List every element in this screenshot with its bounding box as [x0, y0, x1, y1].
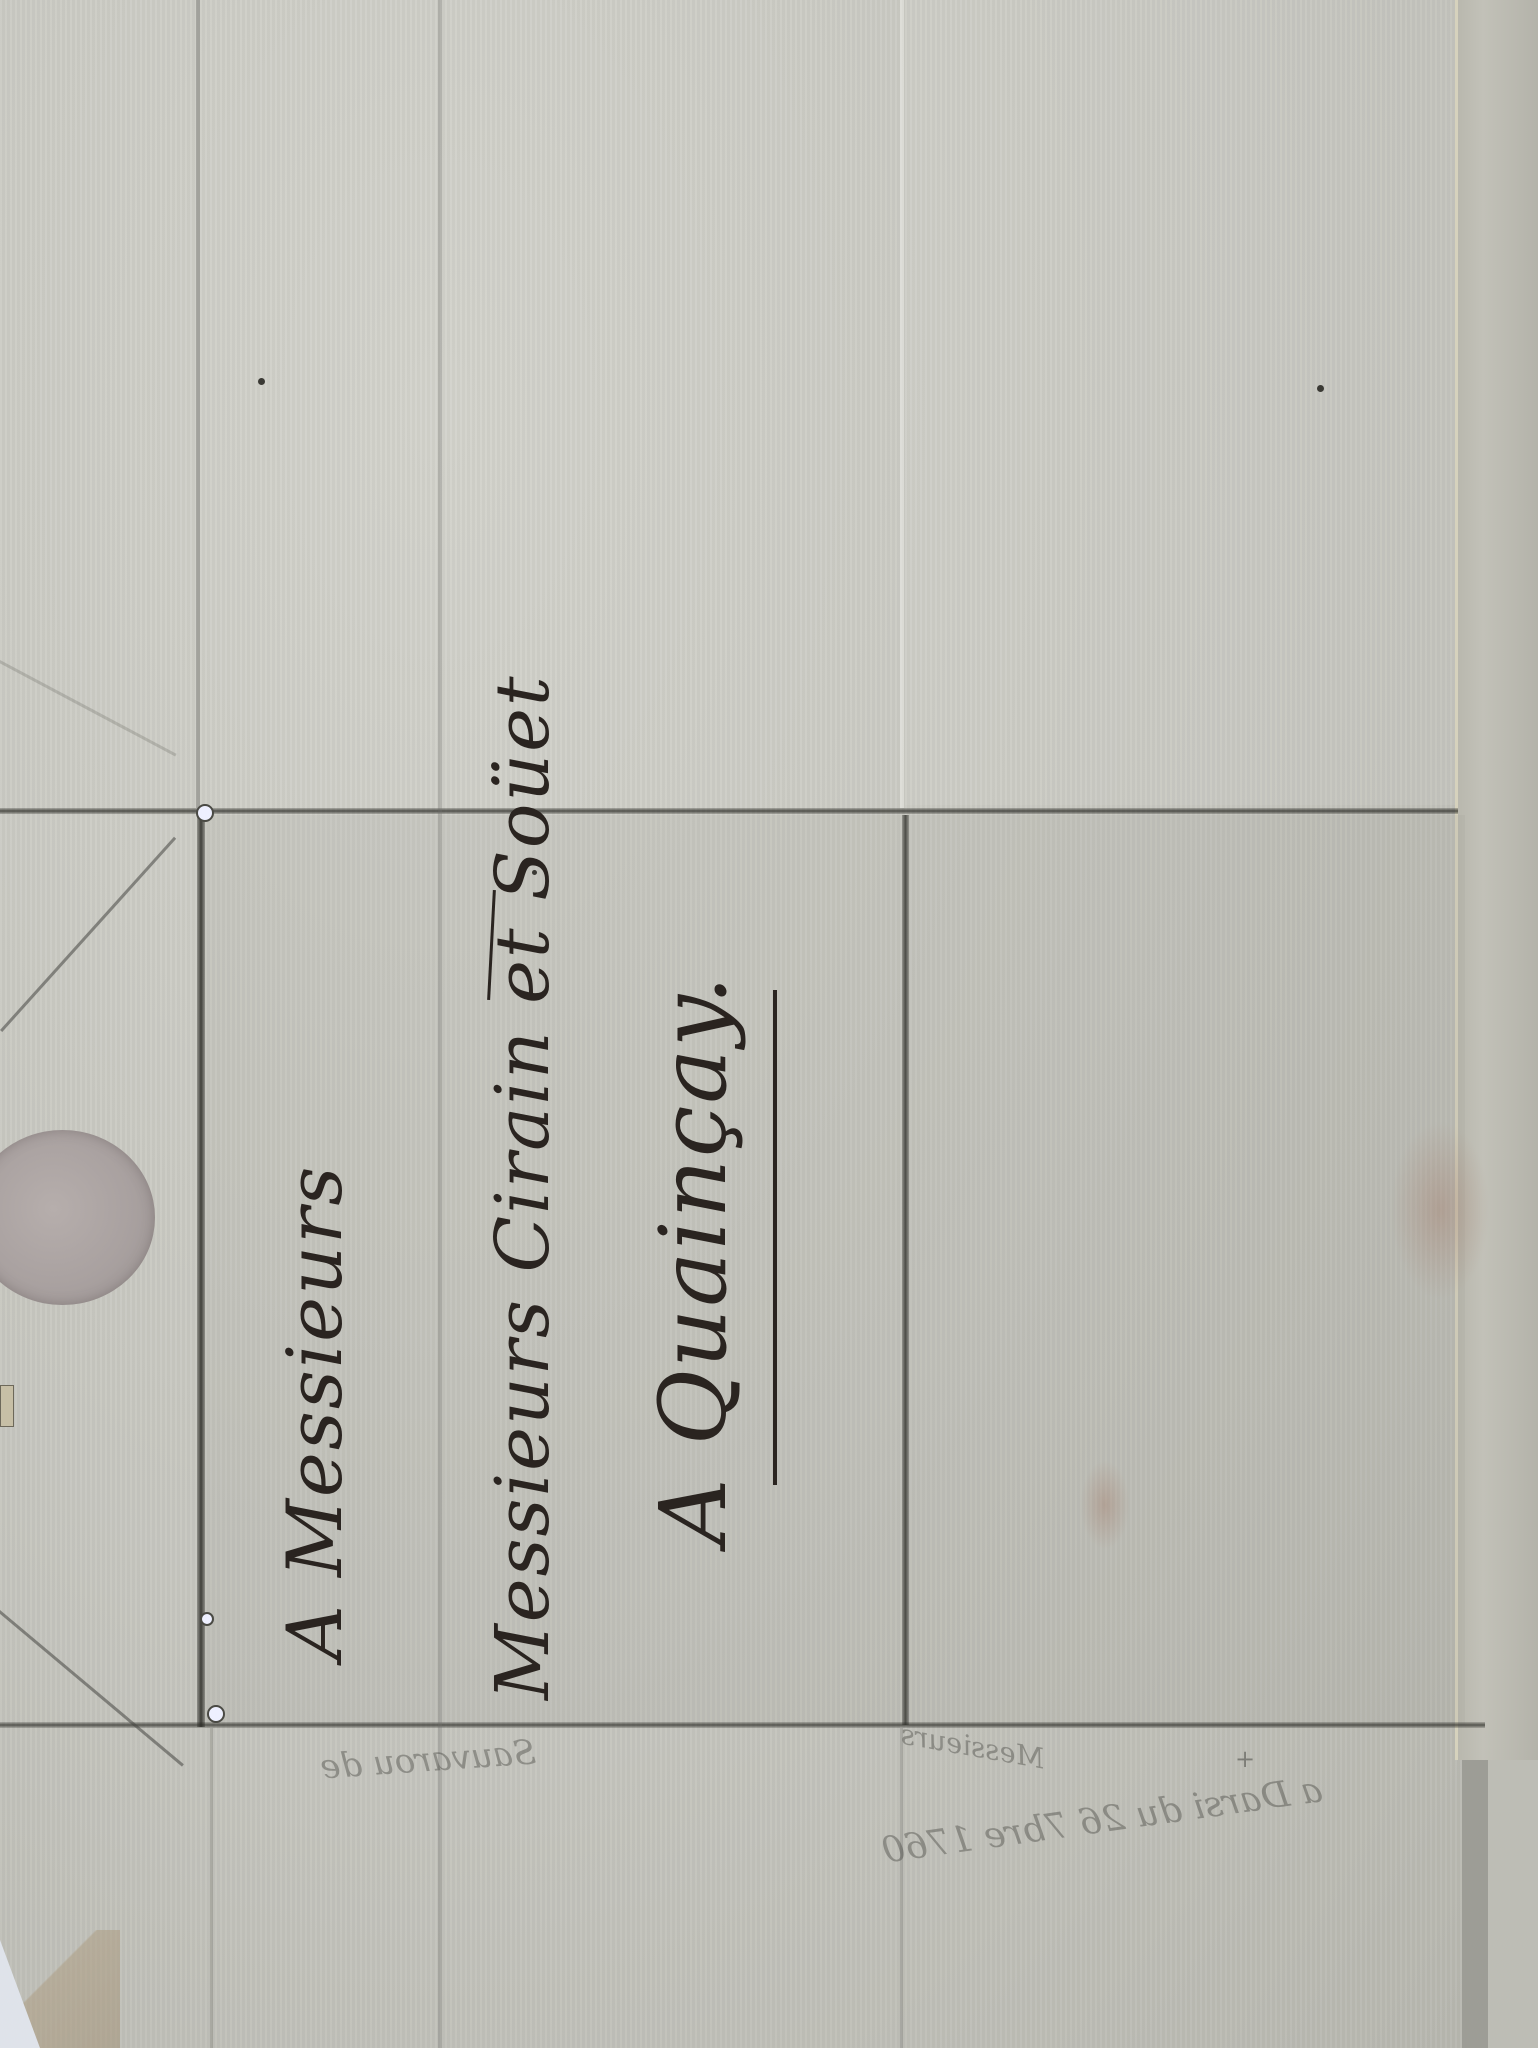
- fold-line-vertical-left-lower: [210, 1728, 213, 2048]
- fold-line-vertical-left-upper: [196, 0, 200, 808]
- foxing-stain: [1080, 1460, 1130, 1550]
- cross-mark: +: [1235, 1745, 1255, 1773]
- destination-underline: [773, 990, 777, 1485]
- fold-line-vertical-left: [197, 812, 205, 1727]
- address-line-recipients: Messieurs Cirain et Soüet: [480, 674, 566, 1700]
- pinhole-icon: [196, 804, 214, 822]
- address-line-salutation: A Messieurs: [270, 1165, 359, 1660]
- address-panel: [200, 815, 1465, 1725]
- pinhole-icon: [200, 1612, 214, 1626]
- paper-edge-strip: [1455, 0, 1538, 1760]
- fold-line-vertical-right-upper: [900, 0, 904, 808]
- fold-line-horizontal-upper: [0, 808, 1458, 814]
- ink-speck: [258, 378, 265, 385]
- fold-line-vertical-right: [902, 815, 909, 1725]
- foxing-stain: [1390, 1120, 1490, 1300]
- fold-line-vertical-right-lower: [900, 1728, 903, 2048]
- paper-edge-strip-lower: [1488, 1760, 1538, 2048]
- wax-fragment: [0, 1385, 14, 1427]
- fold-line-horizontal-lower: [0, 1722, 1485, 1728]
- ink-speck: [1317, 385, 1324, 392]
- upper-right-panel: [905, 0, 1455, 805]
- pinhole-icon: [207, 1705, 225, 1723]
- address-line-destination: A Quainçay.: [640, 974, 747, 1545]
- torn-corner: [0, 1940, 40, 2048]
